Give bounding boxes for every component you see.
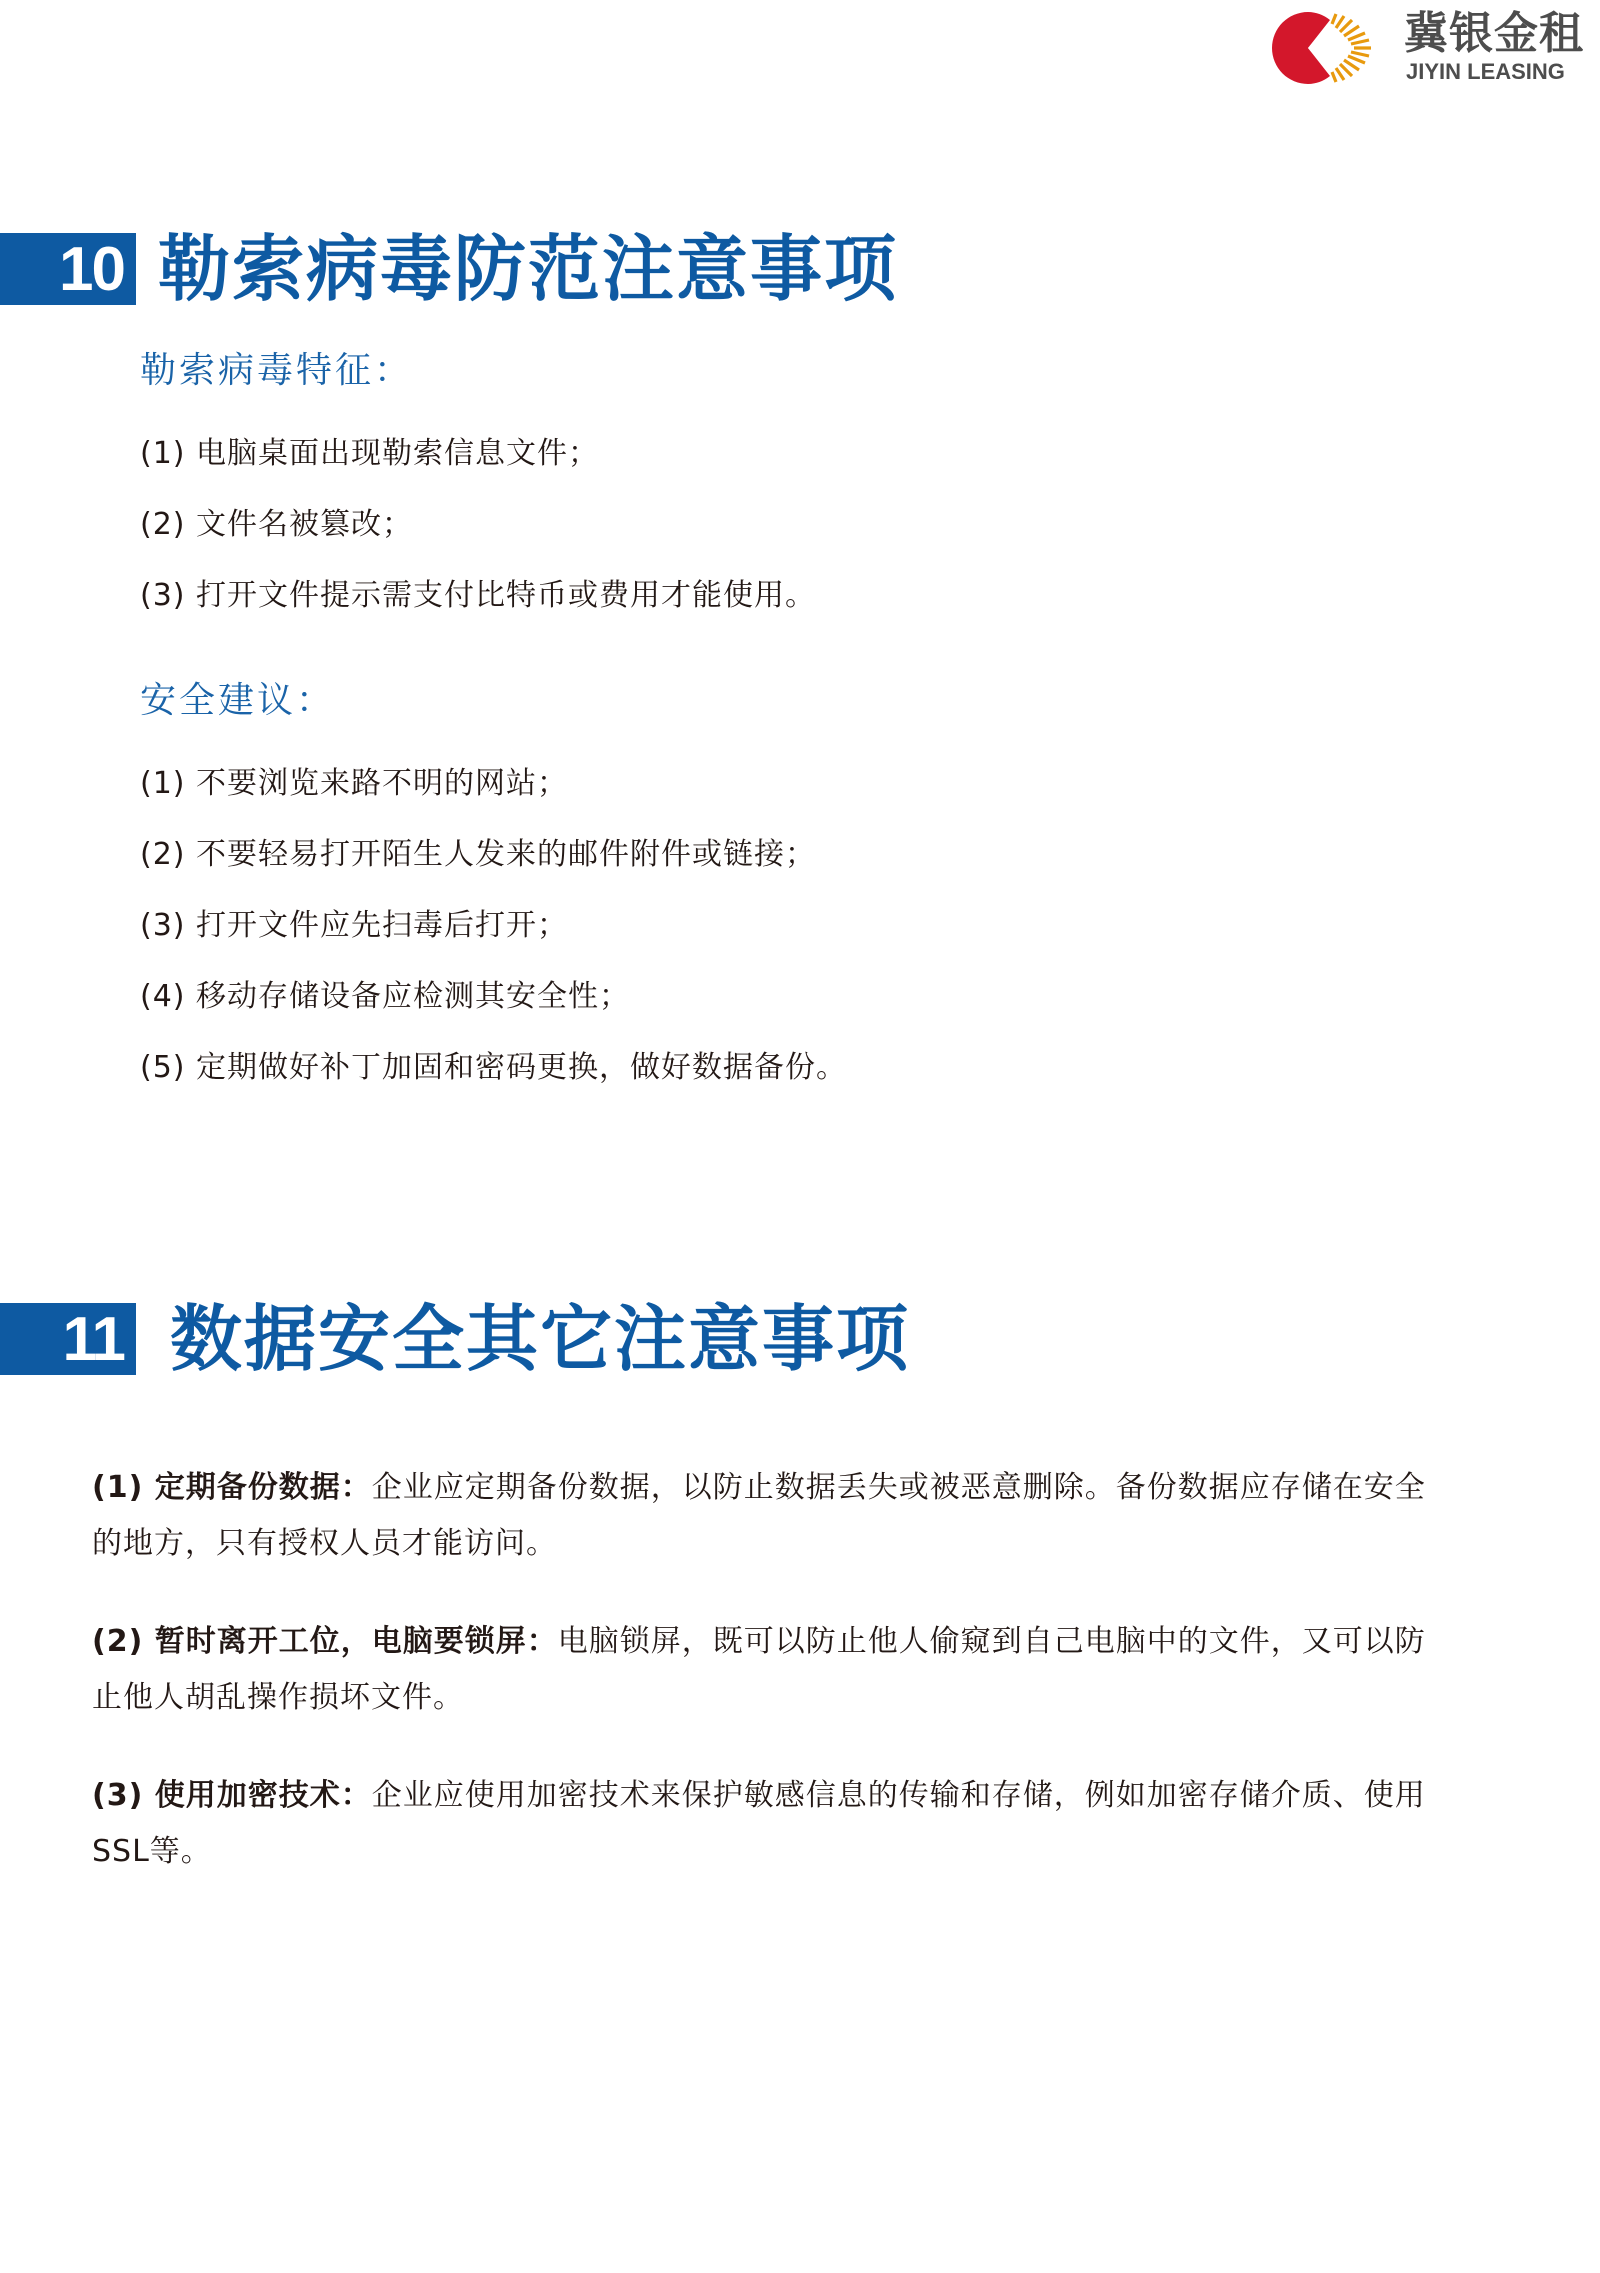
section-heading-11: 11 数据安全其它注意事项 [0,1302,910,1376]
subheading-ransomware-features: 勒索病毒特征： [140,342,413,393]
list-item: (4) 移动存储设备应检测其安全性； [140,971,630,1015]
paragraph-lead: (1) 定期备份数据： [92,1470,372,1505]
paragraph-lock-screen: (2) 暂时离开工位，电脑要锁屏：电脑锁屏，既可以防止他人偷窥到自己电脑中的文件… [92,1614,1432,1726]
subheading-security-advice: 安全建议： [140,672,335,723]
list-item: (3) 打开文件应先扫毒后打开； [140,900,568,944]
logo-name-cn: 冀银金租 [1404,10,1584,58]
company-logo: 冀银金租 JIYIN LEASING [1270,8,1592,88]
section-heading-10: 10 勒索病毒防范注意事项 [0,232,898,306]
list-item: (1) 电脑桌面出现勒索信息文件； [140,428,599,472]
paragraph-lead: (2) 暂时离开工位，电脑要锁屏： [92,1624,558,1659]
section-title: 数据安全其它注意事项 [170,1299,910,1379]
list-item: (5) 定期做好补丁加固和密码更换，做好数据备份。 [140,1042,847,1086]
section-title: 勒索病毒防范注意事项 [158,229,898,309]
section-number-badge: 10 [0,233,136,305]
paragraph-encryption: (3) 使用加密技术：企业应使用加密技术来保护敏感信息的传输和存储，例如加密存储… [92,1768,1432,1880]
paragraph-backup-data: (1) 定期备份数据：企业应定期备份数据，以防止数据丢失或被恶意删除。备份数据应… [92,1460,1432,1572]
list-item: (2) 不要轻易打开陌生人发来的邮件附件或链接； [140,829,816,873]
list-item: (3) 打开文件提示需支付比特币或费用才能使用。 [140,570,816,614]
list-item: (1) 不要浏览来路不明的网站； [140,758,568,802]
section-number-badge: 11 [0,1303,136,1375]
logo-name-en: JIYIN LEASING [1406,60,1565,84]
jiyin-logo-icon [1270,10,1386,86]
paragraph-lead: (3) 使用加密技术： [92,1778,372,1813]
list-item: (2) 文件名被篡改； [140,499,413,543]
